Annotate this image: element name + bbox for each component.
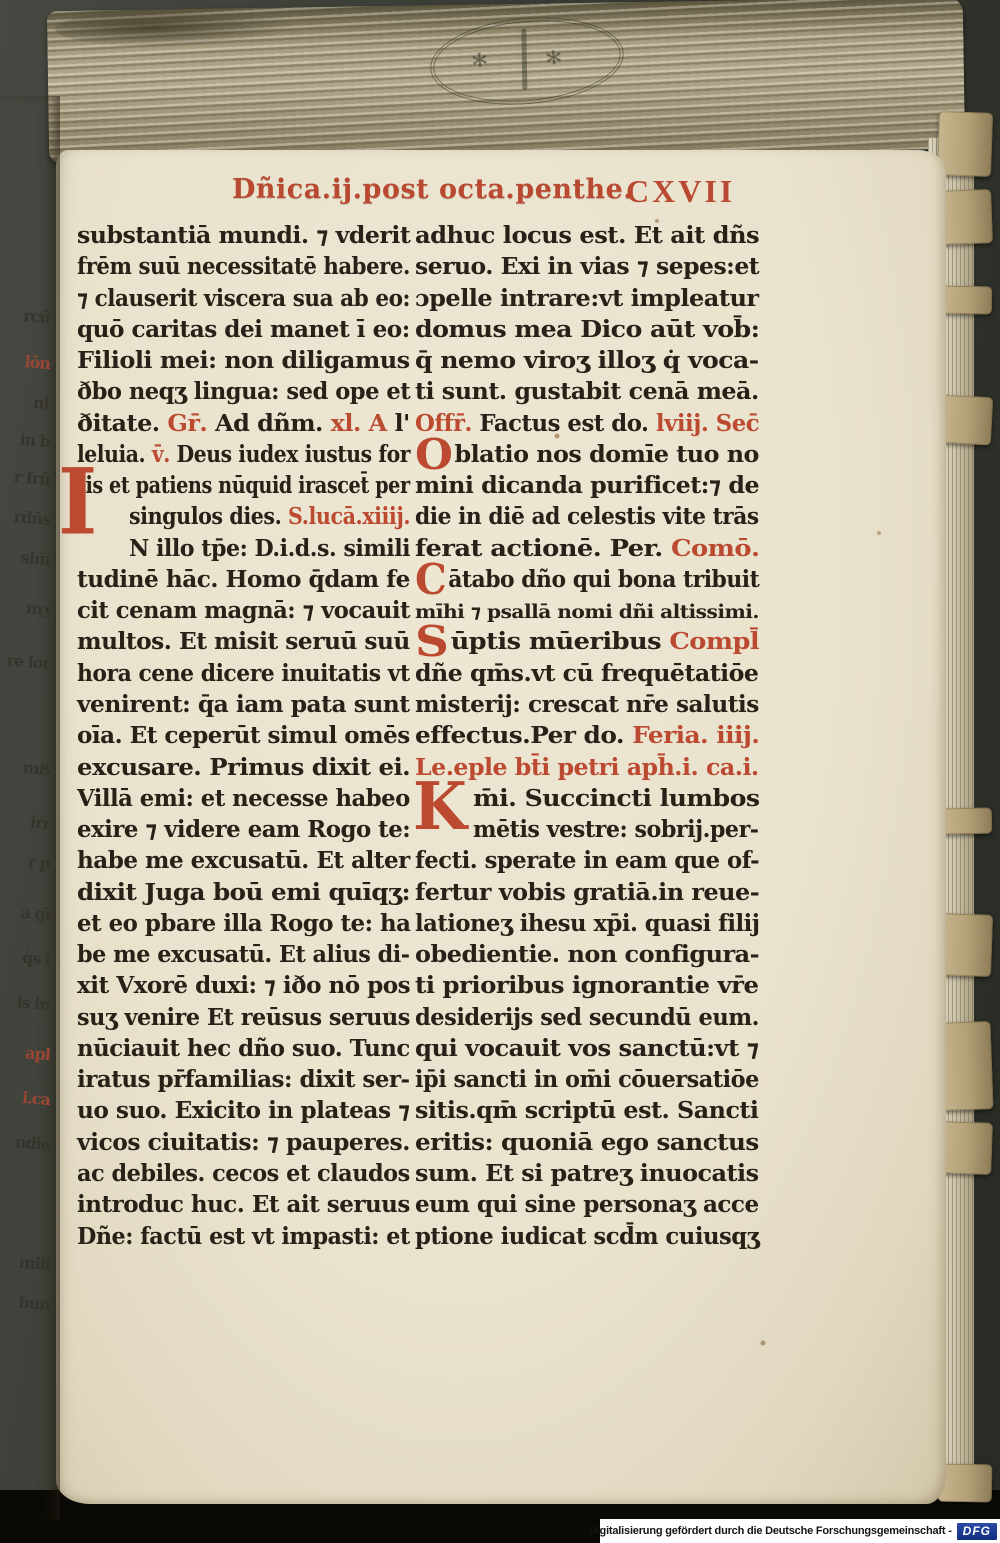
text-segment: tudinē hāc. Homo q̄dam fe [77, 566, 410, 593]
text-line: excusare. Primus dixit ei. [77, 752, 410, 783]
text-line: ip̄i sancti in om̄i cōuersatiōe [415, 1064, 759, 1095]
text-line: qui vocauit vos sanctū:vt ⁊ [415, 1033, 759, 1064]
text-line: tudinē hāc. Homo q̄dam fe [77, 564, 410, 595]
dfg-credit-text: Digitalisierung gefördert durch die Deut… [589, 1525, 952, 1537]
text-segment: hora cene dicere inuitatis vt [77, 660, 410, 687]
text-segment: singulos dies. [129, 503, 281, 530]
text-line: Oblatio nos domīe tuo no [415, 439, 759, 470]
gutter-text-fragment: lōn [0, 350, 51, 373]
text-line: multos. Et misit seruū suū [77, 626, 410, 657]
text-line: leluia. v̄. Deus iudex iustus for [77, 439, 410, 470]
text-segment: nūciauit hec dño suo. Tunc [77, 1035, 410, 1062]
running-header: Dñica.ij.post octa.penthe. [232, 174, 633, 205]
text-segment: q̄ nemo viroʒ illoʒ q̇ voca- [415, 347, 759, 374]
text-segment: mīhi ⁊ psallā nomi dñi altissimi. [415, 601, 759, 623]
text-line: dixit Juga boū emi quīqʒ: [77, 877, 410, 908]
text-segment: ferat actionē. Per. [415, 535, 663, 562]
text-line: tis et patiens nūquid irascet̄ per [77, 470, 410, 501]
text-line: Villā emi: et necesse habeo [77, 783, 410, 814]
text-segment: multos. Et misit seruū suū [77, 628, 410, 655]
text-segment: m̄i. Succincti lumbos [473, 785, 759, 812]
text-segment: dñe qm̄s.vt cū frequētatiōe [415, 660, 758, 687]
text-segment: ip̄i sancti in om̄i cōuersatiōe [415, 1066, 759, 1093]
text-line: sitis.qm̄ scriptū est. Sancti [415, 1095, 759, 1126]
text-segment: mini dicanda purificet:⁊ de [415, 472, 759, 499]
text-segment: fertur vobis gratiā.in reue- [415, 879, 759, 906]
gutter-text-fragment: apl [0, 1041, 51, 1064]
text-line: lationeʒ ihesu xp̄i. quasi filij [415, 908, 759, 939]
text-line: mini dicanda purificet:⁊ de [415, 470, 759, 501]
text-segment: tis et patiens nūquid irascet̄ per [77, 472, 410, 499]
text-segment: ūptis mūeribus [451, 628, 661, 655]
text-segment: dixit Juga boū emi quīqʒ: [77, 879, 410, 906]
text-segment: excusare. Primus dixit ei. [77, 754, 410, 781]
gutter-text-fragment: r frū [0, 466, 51, 489]
text-segment: N illo tp̄e: D.i.d.s. simili [129, 535, 410, 562]
text-segment: Comō. [663, 535, 760, 562]
text-line: seruo. Exi in vias ⁊ sepes:et [415, 251, 759, 282]
text-segment: venirent: q̄a iam pata sunt [77, 691, 410, 718]
text-line: Filioli mei: non diligamus [77, 345, 410, 376]
text-line: ɔpelle intrare:vt impleatur [415, 283, 759, 314]
gutter-text-fragment: mß [0, 756, 51, 779]
text-line: quō caritas dei manet ī eo: [77, 314, 410, 345]
gutter-text-fragment: nt [0, 390, 51, 413]
text-segment: ti prioribus ignorantie vr̄e [415, 972, 758, 999]
book-page: Dñica.ij.post octa.penthe. CXVII I K sub… [56, 150, 946, 1504]
text-segment: adhuc locus est. Et ait dñs [415, 222, 759, 249]
text-segment: lationeʒ ihesu xp̄i. quasi filij [415, 910, 759, 937]
text-line: habe me excusatū. Et alter [77, 845, 410, 876]
text-line: Cātabo dño qui bona tribuit [415, 564, 759, 595]
text-line: suʒ venire Et reūsus seruus [77, 1002, 410, 1033]
text-line: vicos ciuitatis: ⁊ pauperes. [77, 1127, 410, 1158]
text-line: sum. Et si patreʒ inuocatis [415, 1158, 759, 1189]
text-line: misterij: crescat nr̄e salutis [415, 689, 759, 720]
text-segment: quō caritas dei manet ī eo: [77, 316, 410, 343]
text-column-left: substantiā mundi. ⁊ vderitfrēm suū neces… [77, 220, 410, 1252]
text-line: adhuc locus est. Et ait dñs [415, 220, 759, 251]
text-line: N illo tp̄e: D.i.d.s. simili [77, 533, 410, 564]
text-line: domus mea Dico aūt vob̄: [415, 314, 759, 345]
gutter-text-fragment: r p [0, 850, 51, 873]
text-segment: oīa. Et ceperūt simul omēs [77, 722, 410, 749]
text-segment: fecti. sperate in eam que of- [415, 847, 759, 874]
dfg-credit-bar: Digitalisierung gefördert durch die Deut… [600, 1519, 1000, 1543]
text-segment: Filioli mei: non diligamus [77, 347, 410, 374]
text-segment: ɔpelle intrare:vt impleatur [415, 285, 759, 312]
text-segment: substantiā mundi. ⁊ vderit [77, 222, 410, 249]
text-segment: ac debiles. cecos et claudos [77, 1160, 410, 1187]
gutter-text-fragment: rdñs [0, 506, 51, 529]
text-segment: seruo. Exi in vias ⁊ sepes:et [415, 253, 759, 280]
gutter-text-fragment: in b [0, 428, 51, 451]
text-line: fertur vobis gratiā.in reue- [415, 877, 759, 908]
text-segment: Feria. iiij. [624, 722, 759, 749]
text-segment: xl. A [323, 410, 387, 437]
text-segment: ⁊ clauserit viscera sua ab eo: [77, 285, 410, 312]
text-segment: ti sunt. gustabit cenā meā. [415, 378, 759, 405]
text-line: frēm suū necessitatē habere. [77, 251, 410, 282]
text-segment: domus mea Dico aūt vob̄: [415, 316, 759, 343]
text-segment: Villā emi: et necesse habeo [77, 785, 410, 812]
text-segment: blatio nos domīe tuo no [454, 441, 758, 468]
text-line: venirent: q̄a iam pata sunt [77, 689, 410, 720]
text-segment: lviij. Sec̄ [648, 410, 759, 437]
text-segment: cit cenam magnā: ⁊ vocauit [77, 597, 410, 624]
scanned-book-photo: { "header": { "title": "Dñica.ij.post oc… [0, 0, 1000, 1543]
text-segment: effectus.Per do. [415, 722, 624, 749]
text-segment: xit Vxorē duxi: ⁊ iðo nō pos [77, 972, 410, 999]
text-line: ti prioribus ignorantie vr̄e [415, 970, 759, 1001]
text-segment: Dñe: factū est vt impasti: et [77, 1223, 410, 1250]
text-segment: S.lucā.xiiij. [281, 503, 410, 530]
text-line: introduc huc. Et ait seruus [77, 1189, 410, 1220]
text-segment: be me excusatū. Et alius di- [77, 941, 410, 968]
text-line: xit Vxorē duxi: ⁊ iðo nō pos [77, 970, 410, 1001]
text-segment: mētis vestre: sobrij.per- [473, 816, 759, 843]
text-segment: misterij: crescat nr̄e salutis [415, 691, 759, 718]
text-segment: eum qui sine personaʒ acce [415, 1191, 759, 1218]
text-column-right: adhuc locus est. Et ait dñsseruo. Exi in… [415, 220, 759, 1252]
text-segment: ðitate. [77, 410, 160, 437]
text-line: eritis: quoniā ego sanctus [415, 1127, 759, 1158]
text-segment: qui vocauit vos sanctū:vt ⁊ [415, 1035, 759, 1062]
text-line: die in diē ad celestis vite trās [415, 501, 759, 532]
gutter-text-fragment: mili [0, 1251, 51, 1274]
text-line: exire ⁊ videre eam Rogo te: [77, 814, 410, 845]
stamp-mark [521, 28, 527, 90]
text-line: ptione iudicat scd̄m cuiusqʒ [415, 1221, 759, 1252]
text-line: nūciauit hec dño suo. Tunc [77, 1033, 410, 1064]
text-line: dñe qm̄s.vt cū frequētatiōe [415, 658, 759, 689]
stamp-mark: * [545, 45, 564, 81]
text-segment: ātabo dño qui bona tribuit [448, 566, 759, 593]
text-line: effectus.Per do. Feria. iiij. [415, 720, 759, 751]
gutter-text-fragment: sim̄ [0, 546, 51, 569]
text-line: ðbo neqʒ lingua: sed ope et [77, 376, 410, 407]
text-segment: Ad dñm. [215, 410, 323, 437]
gutter-text-fragment: mʒ [0, 596, 51, 619]
text-segment: Compl̄ [661, 628, 759, 655]
text-line: Offr̄. Factus est do. lviij. Sec̄ [415, 408, 759, 439]
gutter-text-fragment: a gī [0, 901, 51, 924]
text-segment: ptione iudicat scd̄m cuiusqʒ [415, 1223, 759, 1250]
text-segment: frēm suū necessitatē habere. [77, 253, 410, 280]
gospel-dropcap-initial: I [58, 457, 97, 548]
folio-number: CXVII [626, 173, 735, 210]
text-segment: uo suo. Exicito in plateas ⁊ [77, 1097, 409, 1124]
dfg-logo: DFG [957, 1523, 997, 1540]
text-segment: sum. Et si patreʒ inuocatis [415, 1160, 759, 1187]
text-line: eum qui sine personaʒ acce [415, 1189, 759, 1220]
gutter-text-fragment: i.ca [0, 1086, 51, 1109]
text-line: ⁊ clauserit viscera sua ab eo: [77, 283, 410, 314]
text-segment: suʒ venire Et reūsus seruus [77, 1004, 410, 1031]
text-line: desiderijs sed secundū eum. [415, 1002, 759, 1033]
gutter-text-fragment: bun [0, 1291, 51, 1314]
text-segment: obedientie. non configura- [415, 941, 759, 968]
text-segment: exire ⁊ videre eam Rogo te: [77, 816, 410, 843]
text-segment: Factus est do. [479, 410, 648, 437]
text-line: ferat actionē. Per. Comō. [415, 533, 759, 564]
epistle-dropcap-initial: K [413, 774, 467, 839]
gutter-text-fragment: rcū [0, 304, 51, 327]
text-line: hora cene dicere inuitatis vt [77, 658, 410, 689]
text-line: ðitate. Gr̄. Ad dñm. xl. A l' [77, 408, 410, 439]
text-line: q̄ nemo viroʒ illoʒ q̇ voca- [415, 345, 759, 376]
gutter-text-fragment: irr [0, 810, 51, 833]
text-line: Dñe: factū est vt impasti: et [77, 1221, 410, 1252]
text-segment: desiderijs sed secundū eum. [415, 1004, 759, 1031]
text-line: uo suo. Exicito in plateas ⁊ [77, 1095, 410, 1126]
text-segment: die in diē ad celestis vite trās [415, 503, 759, 530]
text-segment: introduc huc. Et ait seruus [77, 1191, 410, 1218]
text-line: substantiā mundi. ⁊ vderit [77, 220, 410, 251]
text-line: ac debiles. cecos et claudos [77, 1158, 410, 1189]
gutter-text-fragment: re lor [0, 650, 51, 673]
text-line: ti sunt. gustabit cenā meā. [415, 376, 759, 407]
text-segment: l' [387, 410, 410, 437]
text-line: cit cenam magnā: ⁊ vocauit [77, 595, 410, 626]
text-segment: et eo pbare illa Rogo te: ha [77, 910, 410, 937]
text-line: singulos dies. S.lucā.xiiij. [77, 501, 410, 532]
text-segment: Deus iudex iustus for [177, 441, 411, 468]
text-line: iratus pr̄familias: dixit ser- [77, 1064, 410, 1095]
text-line: fecti. sperate in eam que of- [415, 845, 759, 876]
text-line: Sūptis mūeribus Compl̄ [415, 626, 759, 657]
text-segment: sitis.qm̄ scriptū est. Sancti [415, 1097, 758, 1124]
text-segment: vicos ciuitatis: ⁊ pauperes. [77, 1129, 410, 1156]
text-line: mīhi ⁊ psallā nomi dñi altissimi. [415, 595, 759, 626]
text-line: be me excusatū. Et alius di- [77, 939, 410, 970]
text-segment: eritis: quoniā ego sanctus [415, 1129, 759, 1156]
text-line: oīa. Et ceperūt simul omēs [77, 720, 410, 751]
stamp-mark: * [471, 47, 490, 83]
text-line: et eo pbare illa Rogo te: ha [77, 908, 410, 939]
gutter-text-fragment: ndie [0, 1131, 51, 1154]
frayed-edge [55, 5, 296, 49]
gutter-facing-page: rcūlōnntin br frūrdñssim̄mʒre lormßirrr … [0, 96, 60, 1520]
text-segment: v̄. [145, 441, 176, 468]
text-line: obedientie. non configura- [415, 939, 759, 970]
gutter-text-fragment: is in [0, 991, 51, 1014]
text-segment: Gr̄. [160, 410, 215, 437]
text-segment: iratus pr̄familias: dixit ser- [77, 1066, 410, 1093]
gutter-text-fragment: q̇s ī [0, 946, 51, 969]
text-segment: ðbo neqʒ lingua: sed ope et [77, 378, 410, 405]
text-segment: habe me excusatū. Et alter [77, 847, 410, 874]
